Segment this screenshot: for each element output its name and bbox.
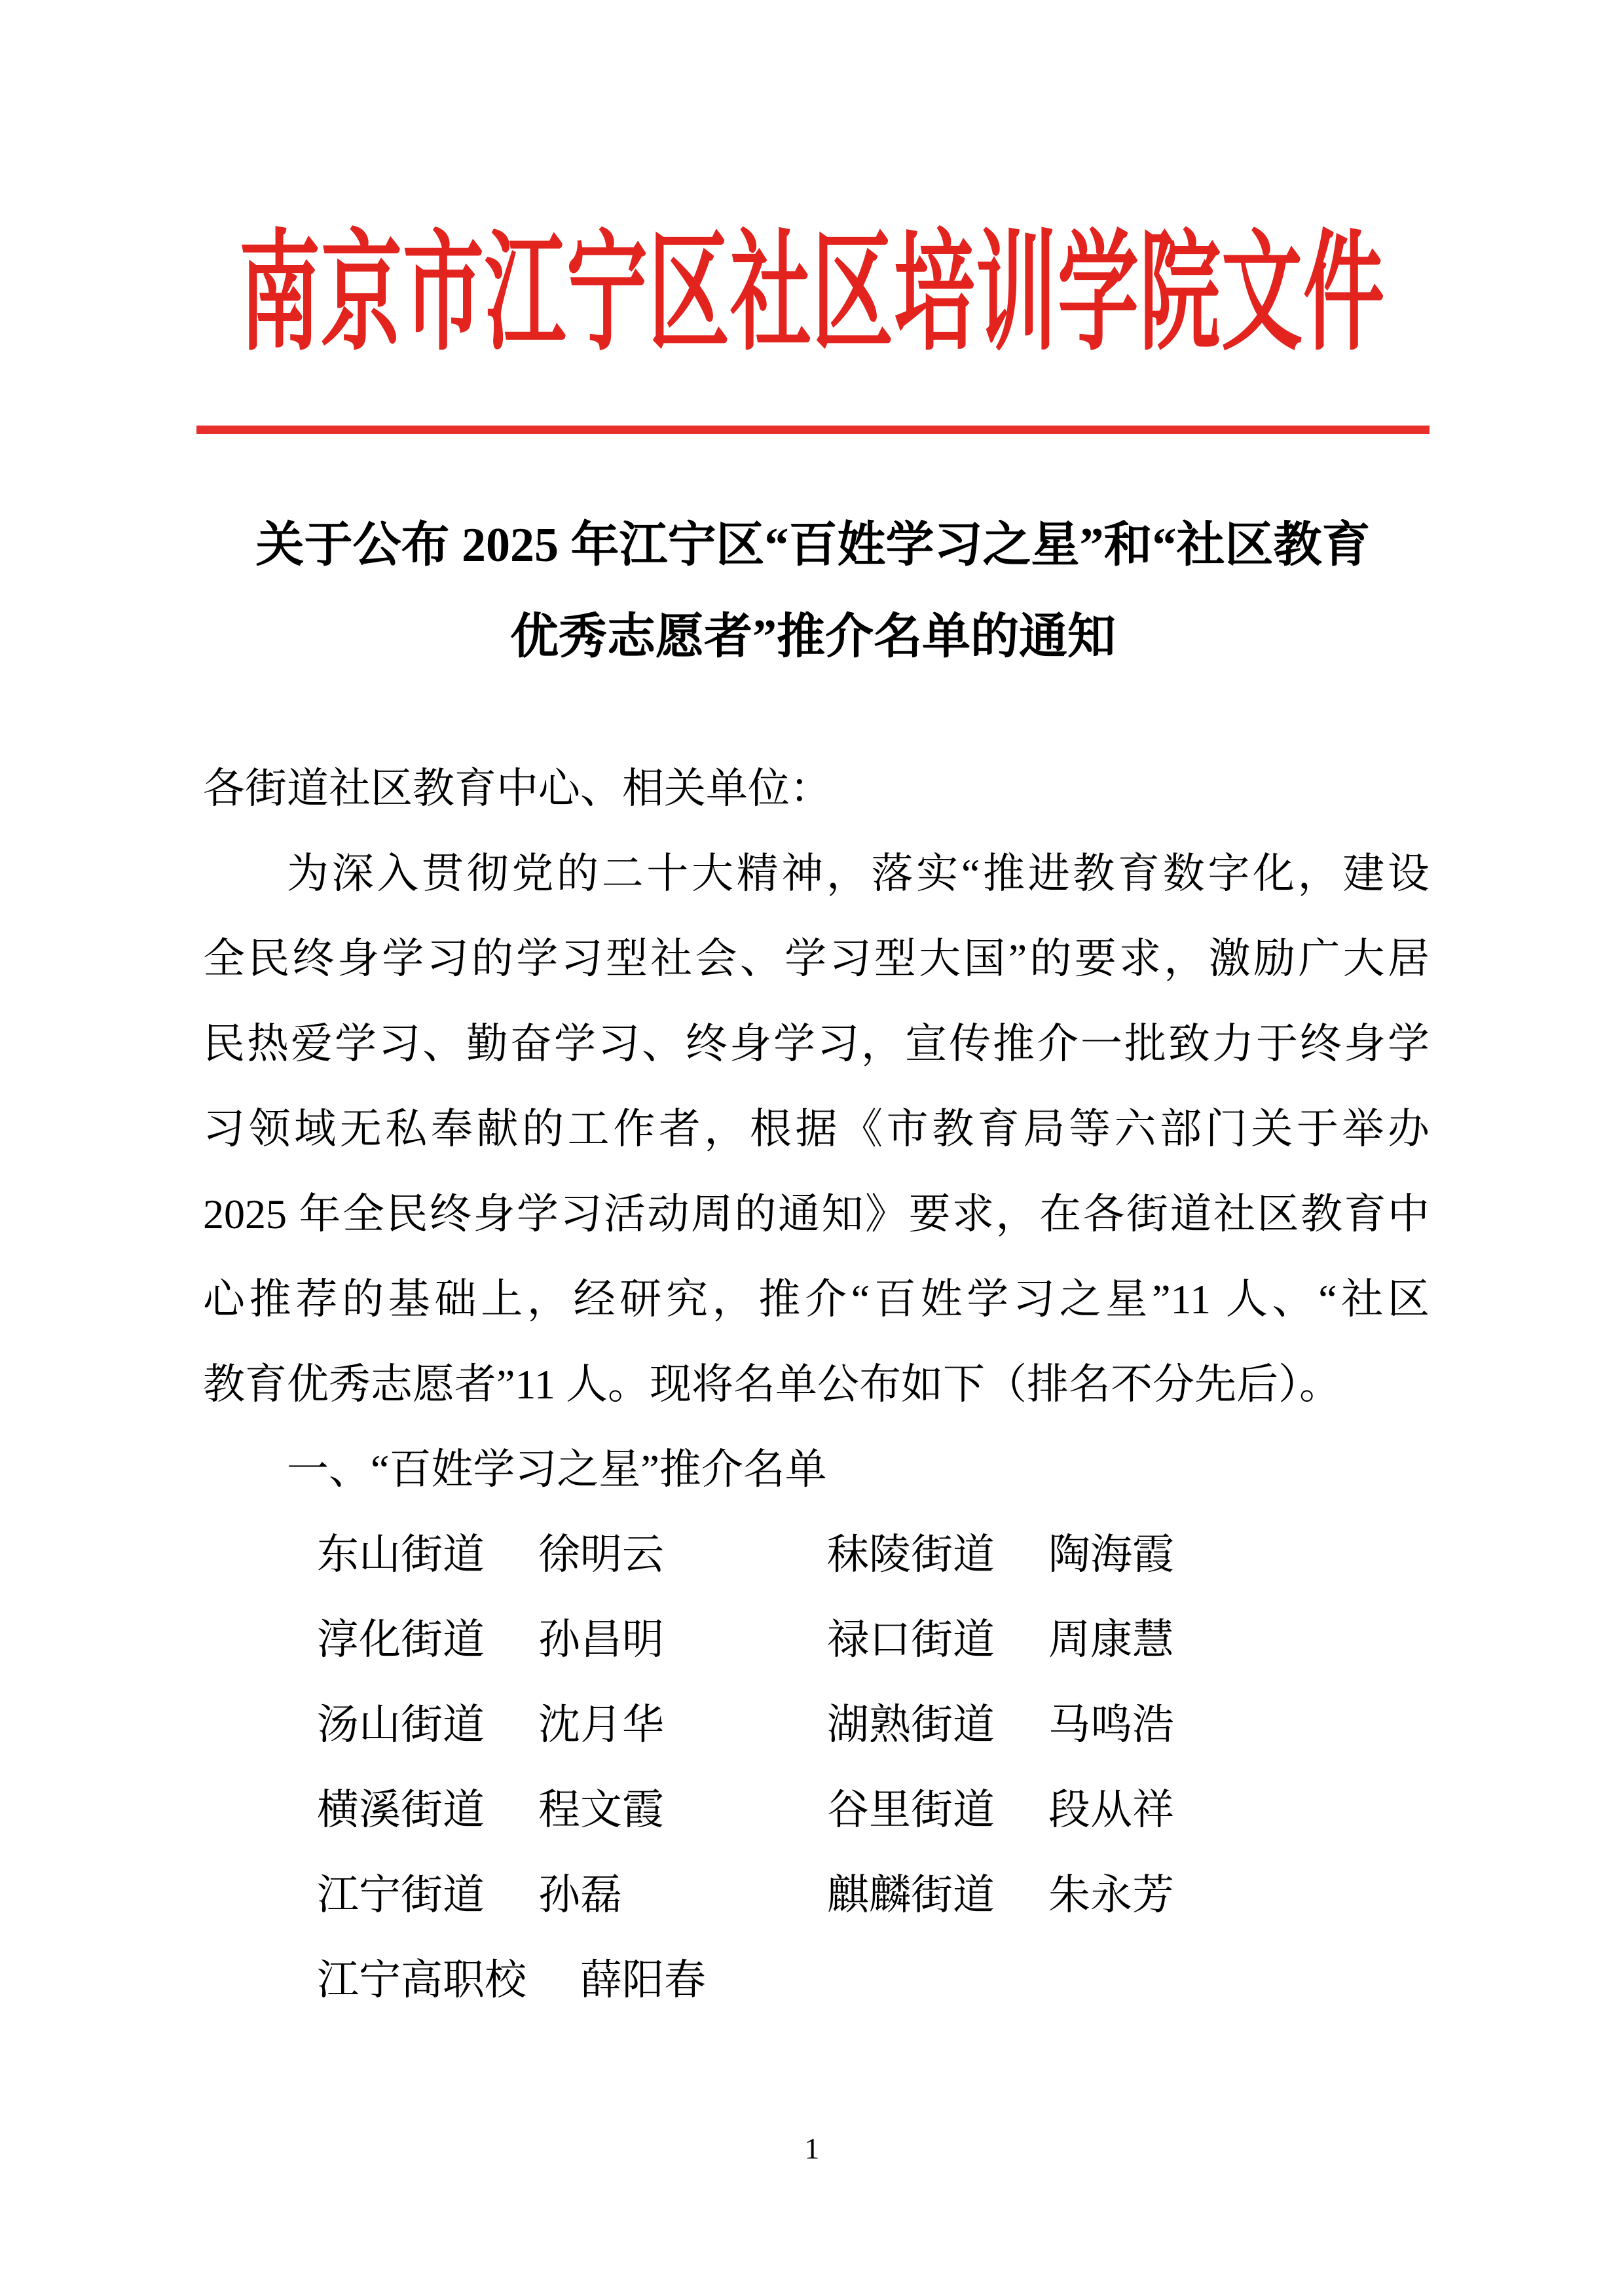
gap xyxy=(995,1853,1048,1938)
name-cell: 秣陵街道 陶海霞 xyxy=(827,1512,1174,1597)
name-list-row: 横溪街道 程文霞 谷里街道 段从祥 xyxy=(203,1768,1430,1853)
name-cell: 谷里街道 段从祥 xyxy=(827,1768,1174,1853)
person-name: 孙磊 xyxy=(538,1853,622,1938)
page-number: 1 xyxy=(0,2129,1624,2168)
name-list-row: 江宁街道 孙磊 麒麟街道 朱永芳 xyxy=(203,1853,1430,1938)
masthead: 南京市江宁区社区培训学院文件 xyxy=(0,196,1624,393)
name-list-row: 江宁高职校 薛阳春 xyxy=(203,1938,1430,2023)
name-cell: 汤山街道 沈月华 xyxy=(317,1683,827,1768)
unit-label: 江宁街道 xyxy=(317,1853,485,1938)
document-page: 南京市江宁区社区培训学院文件 关于公布 2025 年江宁区“百姓学习之星”和“社… xyxy=(0,0,1624,2296)
gap xyxy=(995,1768,1048,1853)
name-cell: 东山街道 徐明云 xyxy=(317,1512,827,1597)
gap xyxy=(485,1597,538,1683)
unit-label: 汤山街道 xyxy=(317,1683,485,1768)
unit-label: 秣陵街道 xyxy=(827,1512,995,1597)
person-name: 朱永芳 xyxy=(1048,1853,1174,1938)
name-list-row: 汤山街道 沈月华 湖熟街道 马鸣浩 xyxy=(203,1683,1430,1768)
section1-heading: 一、“百姓学习之星”推介名单 xyxy=(203,1427,1430,1512)
salutation: 各街道社区教育中心、相关单位： xyxy=(203,746,1430,831)
name-cell: 麒麟街道 朱永芳 xyxy=(827,1853,1174,1938)
person-name: 孙昌明 xyxy=(538,1597,664,1683)
name-list-row: 东山街道 徐明云 秣陵街道 陶海霞 xyxy=(203,1512,1430,1597)
paragraph-line: 民热爱学习、勤奋学习、终身学习，宣传推介一批致力于终身学 xyxy=(203,1002,1430,1087)
gap xyxy=(485,1853,538,1938)
paragraph-line: 心推荐的基础上，经研究，推介“百姓学习之星”11 人、“社区 xyxy=(203,1257,1430,1342)
name-cell: 江宁高职校 薛阳春 xyxy=(317,1938,827,2023)
gap xyxy=(485,1512,538,1597)
name-cell: 横溪街道 程文霞 xyxy=(317,1768,827,1853)
person-name: 程文霞 xyxy=(538,1768,664,1853)
doc-title: 关于公布 2025 年江宁区“百姓学习之星”和“社区教育 优秀志愿者”推介名单的… xyxy=(196,500,1430,683)
name-list-row: 淳化街道 孙昌明 禄口街道 周康慧 xyxy=(203,1597,1430,1683)
paragraph-line: 全民终身学习的学习型社会、学习型大国”的要求，激励广大居 xyxy=(203,917,1430,1002)
person-name: 马鸣浩 xyxy=(1048,1683,1174,1768)
unit-label: 湖熟街道 xyxy=(827,1683,995,1768)
doc-title-line2: 优秀志愿者”推介名单的通知 xyxy=(196,591,1430,683)
unit-label: 江宁高职校 xyxy=(317,1938,526,2023)
unit-label: 禄口街道 xyxy=(827,1597,995,1683)
name-cell: 禄口街道 周康慧 xyxy=(827,1597,1174,1683)
name-cell: 淳化街道 孙昌明 xyxy=(317,1597,827,1683)
masthead-org-title: 南京市江宁区社区培训学院文件 xyxy=(239,230,1385,359)
gap xyxy=(485,1683,538,1768)
name-cell: 湖熟街道 马鸣浩 xyxy=(827,1683,1174,1768)
doc-title-line1: 关于公布 2025 年江宁区“百姓学习之星”和“社区教育 xyxy=(196,500,1430,591)
paragraph-line: 2025 年全民终身学习活动周的通知》要求，在各街道社区教育中 xyxy=(203,1172,1430,1257)
unit-label: 淳化街道 xyxy=(317,1597,485,1683)
unit-label: 东山街道 xyxy=(317,1512,485,1597)
unit-label: 谷里街道 xyxy=(827,1768,995,1853)
unit-label: 麒麟街道 xyxy=(827,1853,995,1938)
paragraph-line: 教育优秀志愿者”11 人。现将名单公布如下（排名不分先后）。 xyxy=(203,1342,1430,1427)
gap xyxy=(995,1597,1048,1683)
person-name: 陶海霞 xyxy=(1048,1512,1174,1597)
body-content: 各街道社区教育中心、相关单位： 为深入贯彻党的二十大精神，落实“推进教育数字化，… xyxy=(203,746,1430,2023)
name-cell: 江宁街道 孙磊 xyxy=(317,1853,827,1938)
person-name: 薛阳春 xyxy=(580,1938,706,2023)
person-name: 段从祥 xyxy=(1048,1768,1174,1853)
paragraph-line: 为深入贯彻党的二十大精神，落实“推进教育数字化，建设 xyxy=(203,831,1430,917)
paragraph-line: 习领域无私奉献的工作者，根据《市教育局等六部门关于举办 xyxy=(203,1087,1430,1172)
gap xyxy=(526,1938,580,2023)
person-name: 徐明云 xyxy=(538,1512,664,1597)
unit-label: 横溪街道 xyxy=(317,1768,485,1853)
person-name: 周康慧 xyxy=(1048,1597,1174,1683)
gap xyxy=(485,1768,538,1853)
person-name: 沈月华 xyxy=(538,1683,664,1768)
red-separator-rule xyxy=(196,426,1430,434)
gap xyxy=(995,1512,1048,1597)
gap xyxy=(995,1683,1048,1768)
